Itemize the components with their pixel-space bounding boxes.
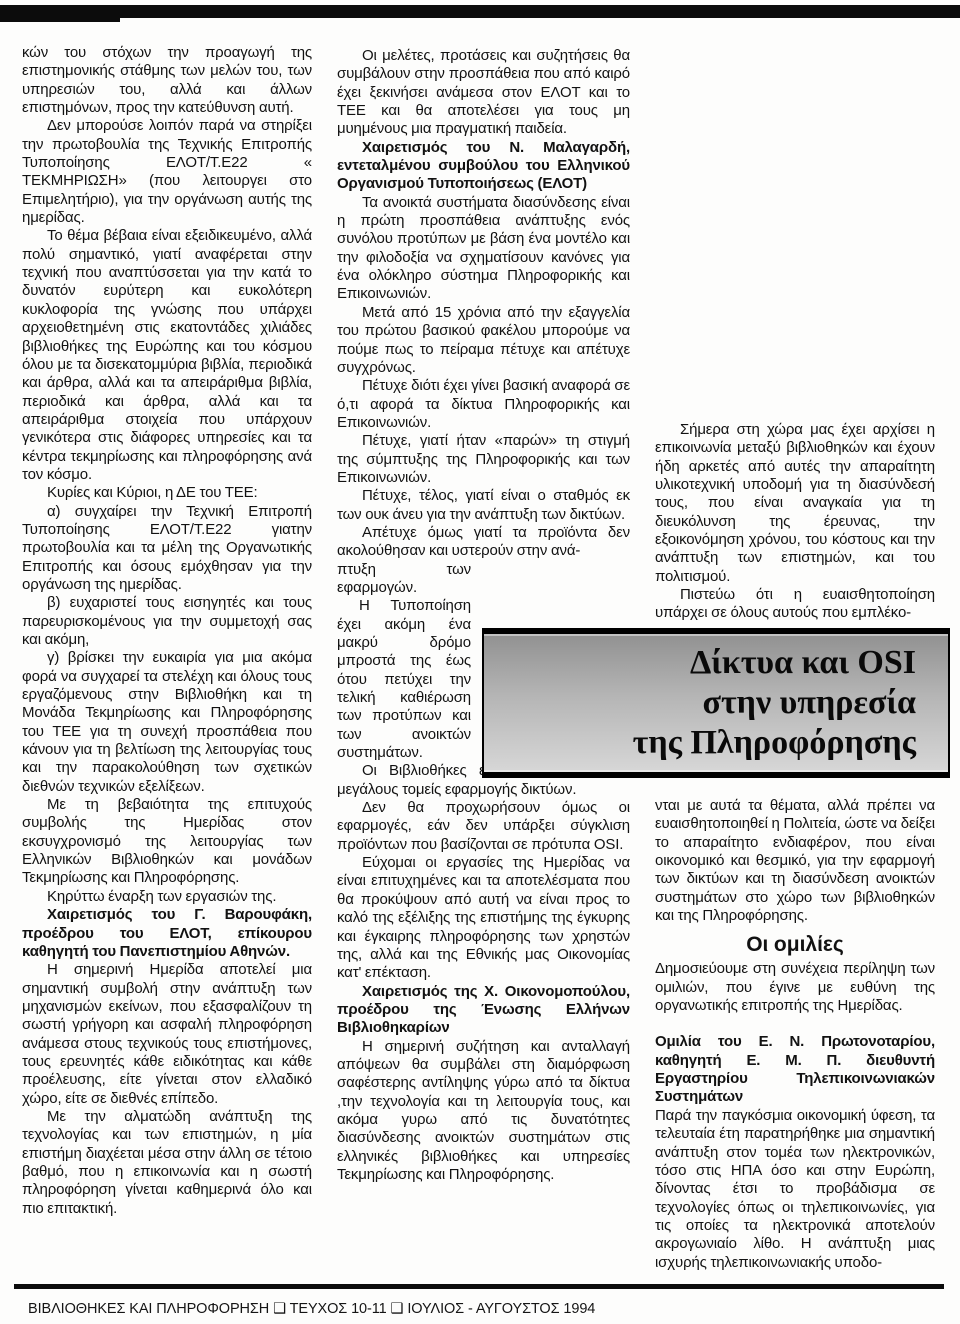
footer-rule [14,1284,944,1289]
paragraph: Με τη βεβαιότητα της επιτυχούς συμβολής … [22,796,312,888]
paragraph: Κυρίες και Κύριοι, η ΔΕ του ΤΕΕ: [22,484,312,502]
paragraph: Τα ανοικτά συστήματα διασύνδεσης είναι η… [337,194,630,304]
paragraph: πτυξη των εφαρμογών. [337,561,471,598]
paragraph: α) συγχαίρει την Τεχνική Επιτροπή Τυποπο… [22,503,312,595]
paragraph: Δημοσιεύουμε στη συνέχεια περίληψη των ο… [655,960,935,1015]
text-column-middle: Οι μελέτες, προτάσεις και συζητήσεις θα … [337,47,630,1184]
speech-subheading: Χαιρετισμός του Ν. Μαλαγαρδή, εντεταλμέν… [337,139,630,194]
paragraph: Πέτυχε, τέλος, γιατί είναι ο σταθμός εκ … [337,487,630,524]
magazine-page: κών του στόχων την προαγωγή της επιστημο… [0,0,960,1324]
top-rule [0,5,960,18]
paragraph: Το θέμα βέβαια είναι εξειδικευμένο, αλλά… [22,227,312,484]
banner-line: της Πληροφόρησης [633,723,916,763]
paragraph: Οι μελέτες, προτάσεις και συζητήσεις θα … [337,47,630,139]
paragraph: Κηρύττω έναρξη των εργασιών της. [22,888,312,906]
article-title-banner: Δίκτυα και OSI στην υπηρεσία της Πληροφό… [482,628,950,778]
banner-line: Δίκτυα και OSI [690,643,916,683]
paragraph: Πέτυχε, γιατί ήταν «παρών» τη στιγμή της… [337,432,630,487]
paragraph: Εύχομαι οι εργασίες της Ημερίδας να είνα… [337,854,630,982]
footer-text: ΒΙΒΛΙΟΘΗΚΕΣ ΚΑΙ ΠΛΗΡΟΦΟΡΗΣΗ ❑ ΤΕΥΧΟΣ 10-… [28,1301,595,1317]
paragraph: Παρά την παγκόσμια οικονομική ύφεση, τα … [655,1107,935,1272]
speech-subheading: Χαιρετισμός του Γ. Βαρουφάκη, προέδρου τ… [22,906,312,961]
paragraph: Η Τυποποίηση έχει ακόμη ένα μακρύ δρόμο … [337,597,471,762]
text-column-left: κών του στόχων την προαγωγή της επιστημο… [22,44,312,1218]
paragraph: Δεν μπορούσε λοιπόν παρά να στηρίξει την… [22,117,312,227]
paragraph: νται με αυτά τα θέματα, αλλά πρέπει να ε… [655,797,935,925]
text-column-right-upper: Σήμερα στη χώρα μας έχει αρχίσει η επικο… [655,421,935,623]
paragraph: Η σημερινή Ημερίδα αποτελεί μια σημαντικ… [22,961,312,1108]
text-column-right-lower: νται με αυτά τα θέματα, αλλά πρέπει να ε… [655,797,935,1272]
paragraph: γ) βρίσκει την ευκαιρία για μια ακόμα φο… [22,649,312,796]
paragraph: Πέτυχε διότι έχει γίνει βασική αναφορά σ… [337,377,630,432]
paragraph: Σήμερα στη χώρα μας έχει αρχίσει η επικο… [655,421,935,586]
paragraph: Η σημερινή συζήτηση και ανταλλαγή απόψεω… [337,1038,630,1185]
speech-subheading: Ομιλία του Ε. Ν. Πρωτονοταρίου, καθηγητή… [655,1033,935,1106]
paragraph: κών του στόχων την προαγωγή της επιστημο… [22,44,312,117]
paragraph: Με την αλματώδη ανάπτυξη της τεχνολογίας… [22,1108,312,1218]
paragraph: Μετά από 15 χρόνια από την εξαγγελία του… [337,304,630,377]
speech-subheading: Χαιρετισμός της Χ. Οικονομοπούλου, προέδ… [337,983,630,1038]
paragraph: β) ευχαριστεί τους εισηγητές και τους πα… [22,594,312,649]
paragraph: Πιστεύω ότι η ευαισθητοποίηση υπάρχει σε… [655,586,935,623]
section-heading: Οι ομιλίες [655,933,935,957]
paragraph: Απέτυχε όμως γιατί τα προϊόντα δεν ακολο… [337,524,630,561]
banner-line: στην υπηρεσία [703,683,916,723]
paragraph: Δεν θα προχωρήσουν όμως οι εφαρμογές, εά… [337,799,630,854]
